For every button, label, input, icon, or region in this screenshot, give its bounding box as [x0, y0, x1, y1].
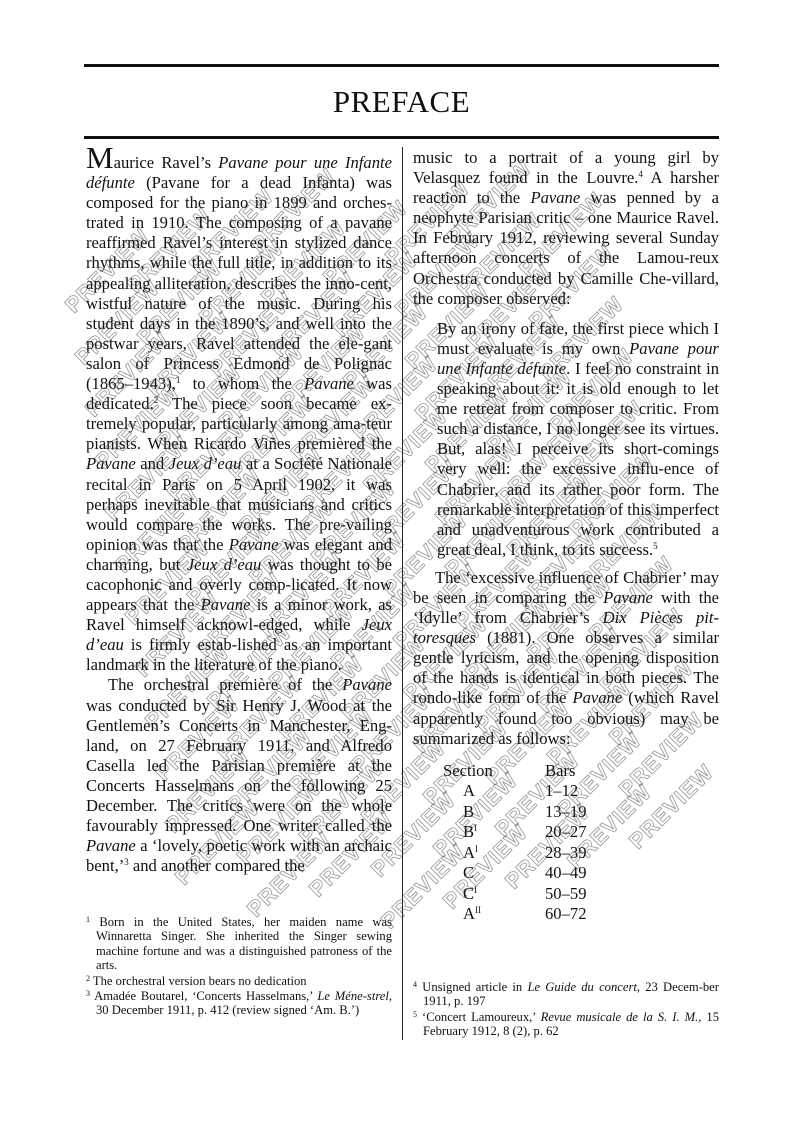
table-row: AI28–39 — [443, 843, 586, 864]
footnotes-right: 4 Unsigned article in Le Guide du concer… — [413, 980, 719, 1040]
footnote-ref[interactable]: 5 — [653, 541, 658, 551]
left-column: Maurice Ravel’s Pavane pour une Infante … — [86, 148, 392, 876]
column-divider — [402, 147, 403, 1040]
column-header-section: Section — [443, 761, 545, 782]
table-row: A1–12 — [443, 781, 586, 802]
table-row: B13–19 — [443, 802, 586, 823]
top-rule — [84, 64, 719, 67]
table-row: C40–49 — [443, 863, 586, 884]
paragraph-chabrier: The ‘excessive influence of Chabrier’ ma… — [413, 568, 719, 749]
paragraph-intro: Maurice Ravel’s Pavane pour une Infante … — [86, 148, 392, 675]
form-table: Section Bars A1–12 B13–19 BI20–27 AI28–3… — [443, 761, 586, 925]
table-row: BI20–27 — [443, 822, 586, 843]
footnote-4: 4 Unsigned article in Le Guide du concer… — [413, 980, 719, 1009]
footnote-5: 5 ‘Concert Lamoureux,’ Revue musicale de… — [413, 1010, 719, 1039]
footnote-3: 3 Amadée Boutarel, ‘Concerts Hasselmans,… — [86, 989, 392, 1018]
right-column: music to a portrait of a young girl by V… — [413, 148, 719, 925]
title-bottom-rule — [84, 136, 719, 139]
table-header-row: Section Bars — [443, 761, 586, 782]
paragraph-orchestral-premiere: The orchestral première of the Pavane wa… — [86, 675, 392, 876]
footnotes-left: 1 Born in the United States, her maiden … — [86, 915, 392, 1019]
table-row: CI50–59 — [443, 884, 586, 905]
drop-cap: M — [86, 140, 114, 175]
page-title: PREFACE — [84, 82, 719, 122]
footnote-2: 2 The orchestral version bears no dedica… — [86, 974, 392, 988]
block-quote: By an irony of fate, the first piece whi… — [437, 319, 719, 560]
column-header-bars: Bars — [545, 761, 586, 782]
table-row: AII60–72 — [443, 904, 586, 925]
footnote-1: 1 Born in the United States, her maiden … — [86, 915, 392, 973]
paragraph-continuation: music to a portrait of a young girl by V… — [413, 148, 719, 309]
